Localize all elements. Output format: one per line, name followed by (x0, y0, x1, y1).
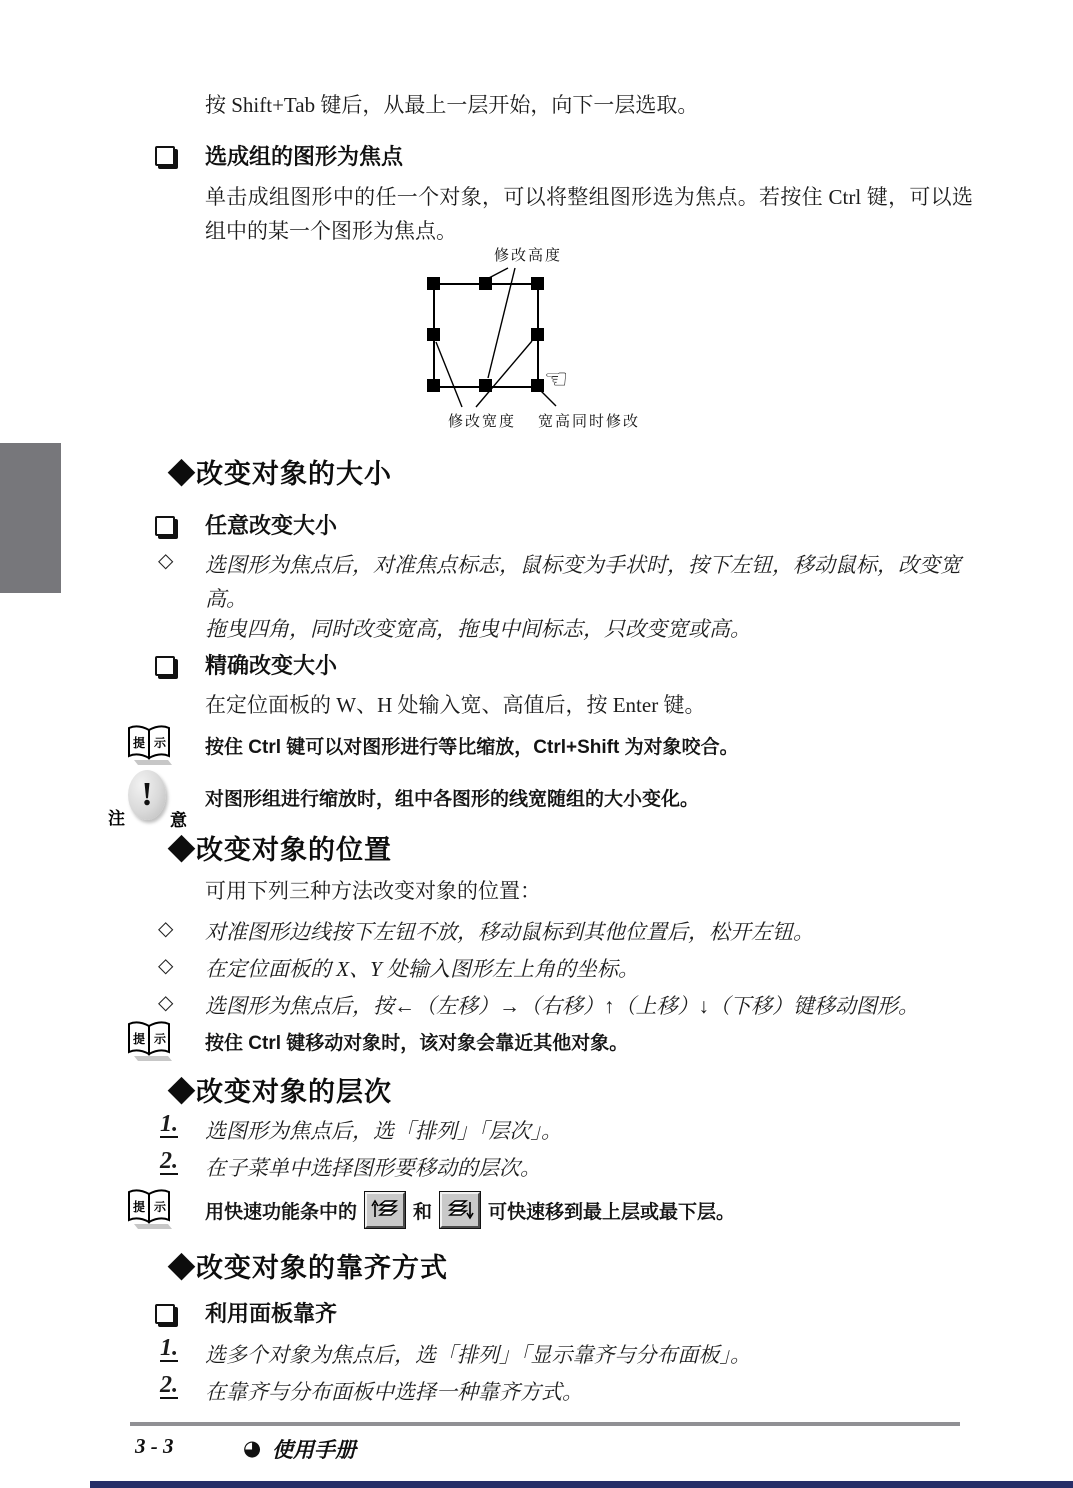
checkbox-bullet-icon (155, 1304, 175, 1324)
section-title-position: ◆改变对象的位置 (168, 828, 392, 867)
move-to-bottom-button-icon (440, 1192, 480, 1228)
svg-text:示: 示 (154, 1200, 167, 1214)
manual-page: 按 Shift+Tab 键后，从最上一层开始，向下一层选取。 选成组的图形为焦点… (0, 0, 1073, 1488)
svg-text:提: 提 (133, 1031, 145, 1046)
align-step-1: 选多个对象为焦点后，选「排列」「显示靠齐与分布面板」。 (205, 1338, 1005, 1372)
footer-circle-icon: ◕ (243, 1436, 261, 1460)
selection-handles-diagram: 修改高度 ☜ 修改宽度 宽高同时修改 (420, 244, 690, 444)
intro-line: 按 Shift+Tab 键后，从最上一层开始，向下一层选取。 (205, 88, 985, 122)
note-exclamation-icon: 注 ! 意 (108, 768, 200, 830)
position-item-arrow-keys: 选图形为焦点后，按←（左移）→（右移）↑（上移）↓（下移）键移动图形。 (205, 989, 1025, 1023)
handle-top-right (531, 277, 544, 290)
layer-step-1: 选图形为焦点后，选「排列」「层次」。 (205, 1114, 985, 1148)
size-sub2-body: 在定位面板的 W、H 处输入宽、高值后，按 Enter 键。 (205, 688, 983, 722)
group-focus-body: 单击成组图形中的任一个对象，可以将整组图形选为焦点。若按住 Ctrl 键，可以选… (205, 180, 973, 248)
note-group-linewidth: 对图形组进行缩放时，组中各图形的线宽随组的大小变化。 (205, 784, 995, 811)
tip-layer-and: 和 (413, 1197, 432, 1224)
position-item-xy: 在定位面板的 X、Y 处输入图形左上角的坐标。 (205, 952, 1005, 986)
position-item-drag: 对准图形边线按下左钮不放，移动鼠标到其他位置后，松开左钮。 (205, 915, 1005, 949)
step-number: 1. (160, 1336, 178, 1362)
checkbox-bullet-icon (155, 656, 175, 676)
diamond-bullet-icon: ◇ (158, 548, 173, 572)
diamond-bullet-icon: ◇ (158, 953, 173, 977)
align-step-2: 在靠齐与分布面板中选择一种靠齐方式。 (205, 1375, 1005, 1409)
manual-label: 使用手册 (272, 1434, 356, 1464)
handle-middle-left (427, 328, 440, 341)
chapter-side-tab (0, 443, 61, 593)
step-number: 2. (160, 1149, 178, 1175)
step-number: 1. (160, 1112, 178, 1138)
diamond-bullet-icon: ◇ (158, 990, 173, 1014)
svg-text:提: 提 (133, 1199, 145, 1214)
selected-object-outline (433, 283, 539, 388)
position-intro: 可用下列三种方法改变对象的位置： (205, 874, 983, 908)
checkbox-bullet-icon (155, 516, 175, 536)
svg-text:提: 提 (133, 735, 145, 750)
tip-layer-suffix: 可快速移到最上层或最下层。 (488, 1197, 735, 1224)
size-sub1-heading: 任意改变大小 (205, 509, 337, 540)
handle-bottom-left (427, 379, 440, 392)
handle-bottom-right (531, 379, 544, 392)
section-title-align: ◆改变对象的靠齐方式 (168, 1246, 448, 1285)
tip-layer-buttons: 用快速功能条中的 和 可快速移到最上层或最下层。 (205, 1192, 735, 1228)
handle-top-middle (479, 277, 492, 290)
section-title-layer: ◆改变对象的层次 (168, 1070, 392, 1109)
size-item-drag-corners: 拖曳四角，同时改变宽高，拖曳中间标志，只改变宽或高。 (205, 612, 983, 646)
move-to-top-button-icon (365, 1192, 405, 1228)
size-item-free-resize: 选图形为焦点后，对准焦点标志，鼠标变为手状时，按下左钮，移动鼠标，改变宽高。 (205, 548, 983, 616)
label-modify-width: 修改宽度 (448, 410, 516, 431)
tip-snap-move: 按住 Ctrl 键移动对象时，该对象会靠近其他对象。 (205, 1028, 995, 1055)
hand-cursor-icon: ☜ (544, 364, 568, 395)
handle-top-left (427, 277, 440, 290)
size-sub2-heading: 精确改变大小 (205, 649, 337, 680)
handle-bottom-middle (479, 379, 492, 392)
label-modify-height: 修改高度 (494, 244, 562, 265)
tip-book-icon: 提 示 (124, 1018, 174, 1064)
layer-step-2: 在子菜单中选择图形要移动的层次。 (205, 1151, 985, 1185)
diamond-bullet-icon: ◇ (158, 916, 173, 940)
section-title-size: ◆改变对象的大小 (168, 452, 392, 491)
align-sub-heading: 利用面板靠齐 (205, 1297, 337, 1328)
handle-middle-right (531, 328, 544, 341)
tip-book-icon: 提 示 (124, 1186, 174, 1232)
label-modify-both: 宽高同时修改 (538, 410, 640, 431)
svg-text:示: 示 (154, 736, 167, 750)
page-number: 3 - 3 (135, 1434, 174, 1459)
tip-book-icon: 提 示 (124, 722, 174, 768)
bottom-edge-bar (90, 1481, 1073, 1488)
note-char-left: 注 (108, 804, 125, 829)
tip-proportional-scale: 按住 Ctrl 键可以对图形进行等比缩放，Ctrl+Shift 为对象咬合。 (205, 732, 995, 759)
svg-text:示: 示 (154, 1032, 167, 1046)
checkbox-bullet-icon (155, 146, 175, 166)
footer-rule (130, 1422, 960, 1426)
group-focus-heading: 选成组的图形为焦点 (205, 140, 403, 171)
exclamation-mark: ! (141, 778, 152, 812)
step-number: 2. (160, 1373, 178, 1399)
tip-layer-prefix: 用快速功能条中的 (205, 1197, 357, 1224)
